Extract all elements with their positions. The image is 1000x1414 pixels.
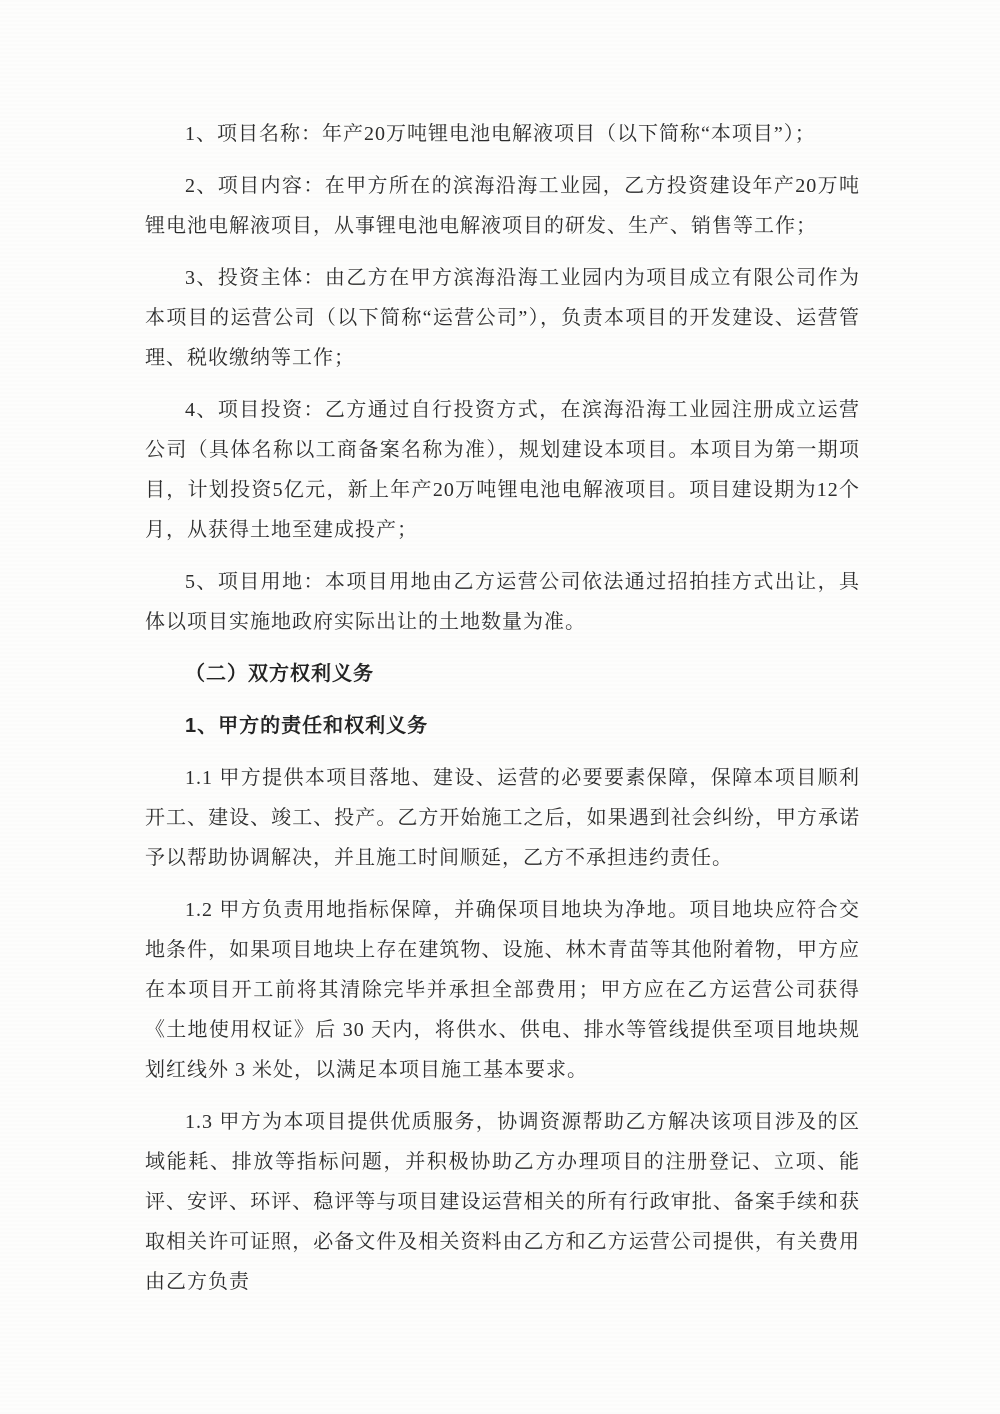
clause-1-1-party-a-guarantee: 1.1 甲方提供本项目落地、建设、运营的必要要素保障，保障本项目顺利开工、建设、… bbox=[145, 758, 860, 878]
clause-1-3-service-support: 1.3 甲方为本项目提供优质服务，协调资源帮助乙方解决该项目涉及的区域能耗、排放… bbox=[145, 1102, 860, 1302]
section-heading-rights-and-obligations: （二）双方权利义务 bbox=[145, 654, 860, 694]
clause-project-investment: 4、项目投资：乙方通过自行投资方式，在滨海沿海工业园注册成立运营公司（具体名称以… bbox=[145, 390, 860, 550]
clause-1-2-land-quota: 1.2 甲方负责用地指标保障，并确保项目地块为净地。项目地块应符合交地条件，如果… bbox=[145, 890, 860, 1090]
contract-document-page: 1、项目名称：年产20万吨锂电池电解液项目（以下简称“本项目”）； 2、项目内容… bbox=[0, 0, 1000, 1414]
subsection-heading-party-a-duties: 1、甲方的责任和权利义务 bbox=[145, 706, 860, 746]
clause-project-name: 1、项目名称：年产20万吨锂电池电解液项目（以下简称“本项目”）； bbox=[145, 114, 860, 154]
clause-project-content: 2、项目内容：在甲方所在的滨海沿海工业园，乙方投资建设年产20万吨锂电池电解液项… bbox=[145, 166, 860, 246]
clause-project-land: 5、项目用地：本项目用地由乙方运营公司依法通过招拍挂方式出让，具体以项目实施地政… bbox=[145, 562, 860, 642]
clause-investment-entity: 3、投资主体：由乙方在甲方滨海沿海工业园内为项目成立有限公司作为本项目的运营公司… bbox=[145, 258, 860, 378]
